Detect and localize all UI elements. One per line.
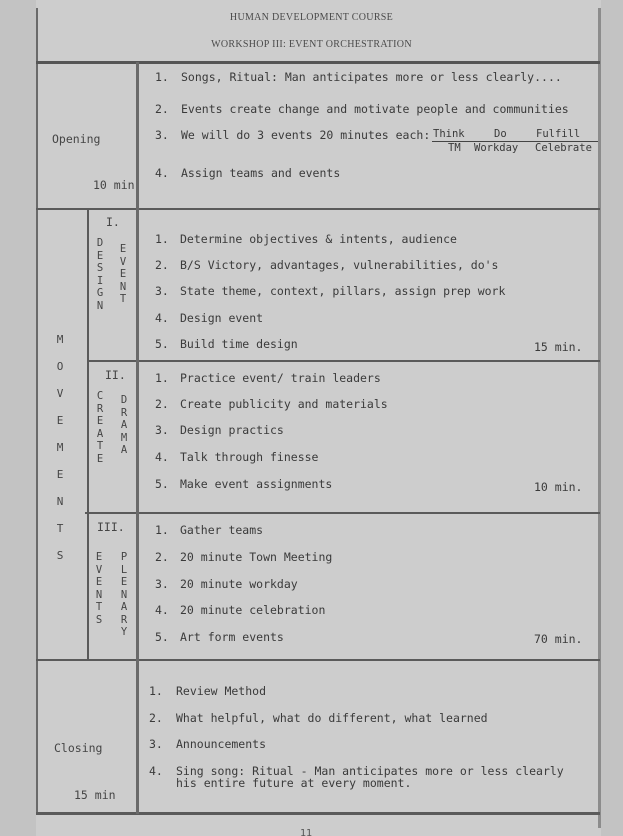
item-number: 5. (155, 477, 169, 491)
section-item: Design event (180, 311, 263, 325)
section-item: Build time design (180, 337, 298, 351)
opening-item: Songs, Ritual: Man anticipates more or l… (181, 70, 562, 84)
section-side-label-a: C R E A T E (95, 390, 105, 465)
event-type-do: Do (494, 128, 507, 140)
section-numeral: III. (97, 520, 125, 534)
column-divider-sub (87, 208, 89, 660)
section-duration: 15 min. (534, 340, 582, 354)
closing-label: Closing (54, 741, 102, 755)
section-item: 20 minute Town Meeting (180, 550, 332, 564)
section-item: Create publicity and materials (180, 397, 388, 411)
closing-item: Review Method (176, 684, 266, 698)
divider-design-create (88, 360, 600, 362)
opening-item: We will do 3 events 20 minutes each: (181, 128, 430, 142)
item-number: 5. (155, 337, 169, 351)
closing-item-continuation: his entire future at every moment. (176, 776, 411, 790)
section-item: Make event assignments (180, 477, 332, 491)
movements-label: M O V E M E N T S (54, 326, 66, 569)
item-number: 2. (155, 397, 169, 411)
closing-item: Announcements (176, 737, 266, 751)
event-type-celebrate: Celebrate (535, 142, 592, 154)
section-side-label-a: D E S I G N (95, 237, 105, 312)
item-number: 1. (155, 371, 169, 385)
item-number: 3. (155, 423, 169, 437)
item-number: 3. (149, 737, 163, 751)
section-item: Art form events (180, 630, 284, 644)
section-side-label-a: E V E N T S (94, 551, 104, 626)
opening-label: Opening (52, 132, 100, 146)
closing-duration: 15 min (74, 788, 116, 802)
page-number: 11 (300, 828, 312, 836)
section-item: Gather teams (180, 523, 263, 537)
item-number: 3. (155, 577, 169, 591)
item-number: 2. (155, 258, 169, 272)
event-type-tm: TM (448, 142, 461, 154)
section-item: Practice event/ train leaders (180, 371, 381, 385)
section-duration: 70 min. (534, 632, 582, 646)
opening-item: Events create change and motivate people… (181, 102, 569, 116)
section-numeral: II. (105, 368, 126, 382)
column-divider-main (136, 62, 139, 814)
document-subtitle: WORKSHOP III: EVENT ORCHESTRATION (0, 39, 623, 50)
event-type-workday: Workday (474, 142, 518, 154)
item-number: 2. (149, 711, 163, 725)
section-item: Determine objectives & intents, audience (180, 232, 457, 246)
opening-duration: 10 min (93, 178, 135, 192)
item-number: 4. (155, 166, 169, 180)
section-numeral: I. (106, 215, 120, 229)
item-number: 5. (155, 630, 169, 644)
section-side-label-b: D R A M A (119, 394, 129, 457)
item-number: 1. (149, 684, 163, 698)
item-number: 4. (155, 311, 169, 325)
item-number: 4. (155, 603, 169, 617)
section-item: State theme, context, pillars, assign pr… (180, 284, 505, 298)
section-side-label-b: E V E N T (118, 243, 128, 306)
item-number: 4. (155, 450, 169, 464)
divider-create-events (85, 512, 600, 514)
section-item: 20 minute celebration (180, 603, 325, 617)
item-number: 2. (155, 550, 169, 564)
section-side-label-b: P L E N A R Y (119, 551, 129, 639)
closing-item: What helpful, what do different, what le… (176, 711, 488, 725)
item-number: 1. (155, 232, 169, 246)
section-item: B/S Victory, advantages, vulnerabilities… (180, 258, 499, 272)
section-item: Talk through finesse (180, 450, 318, 464)
divider-closing (36, 659, 600, 661)
page-left-edge (36, 8, 38, 814)
divider-opening (36, 208, 600, 210)
item-number: 1. (155, 70, 169, 84)
item-number: 4. (149, 764, 163, 778)
item-number: 3. (155, 284, 169, 298)
section-item: Design practics (180, 423, 284, 437)
item-number: 2. (155, 102, 169, 116)
document-title: HUMAN DEVELOPMENT COURSE (0, 12, 623, 23)
item-number: 1. (155, 523, 169, 537)
section-duration: 10 min. (534, 480, 582, 494)
event-type-fulfill: Fulfill (536, 128, 580, 140)
item-number: 3. (155, 128, 169, 142)
section-item: 20 minute workday (180, 577, 298, 591)
table-top-border (36, 61, 600, 64)
opening-item: Assign teams and events (181, 166, 340, 180)
table-bottom-border (36, 812, 600, 815)
event-type-think: Think (433, 128, 465, 140)
page-right-edge (598, 8, 601, 828)
